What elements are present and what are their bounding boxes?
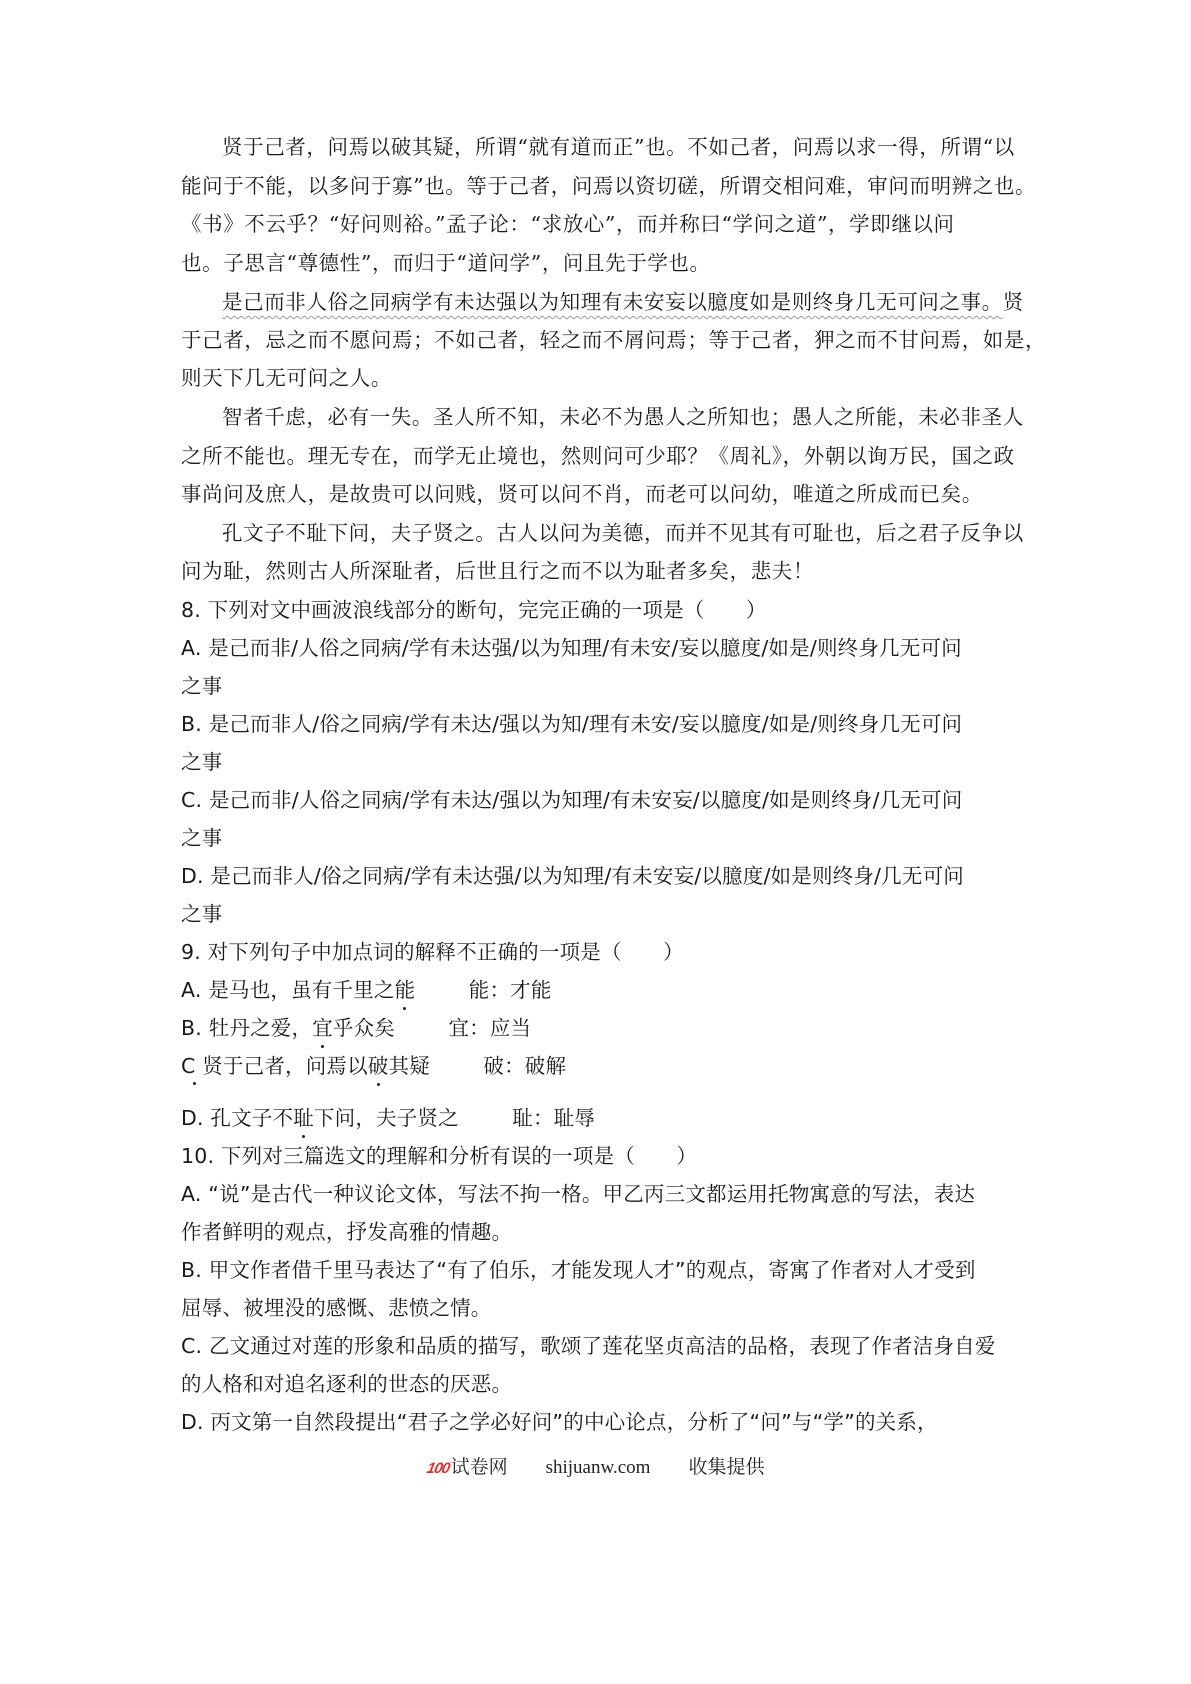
question-8-option-c: C. 是己而非/人俗之同病/学有未达/强以为知理/有未安妄/以臆度/如是则终身/… [181,786,1011,814]
question-8-option-a: A. 是己而非/人俗之同病/学有未达强/以为知理/有未安/妄以臆度/如是/则终身… [181,634,1011,662]
question-9-option-c: C 贤于己者，问焉以破其疑 破：破解 [181,1052,1011,1080]
site-domain: shijuanw.com [546,1457,651,1478]
question-10-option-c: C. 乙文通过对莲的形象和品质的描写，歌颂了莲花坚贞高洁的品格，表现了作者洁身自… [181,1332,1011,1360]
option-text-post: 乎众矣 [333,1016,395,1040]
site-logo-icon: 100 [425,1460,451,1477]
question-8-option-d: D. 是己而非人/俗之同病/学有未达强/以为知理/有未安妄/以臆度/如是则终身/… [181,862,1011,890]
question-9-option-b: B. 牡丹之爱，宜乎众矣 宜：应当 [181,1014,1011,1042]
question-8-option-b: B. 是己而非人/俗之同病/学有未达/强以为知/理有未安/妄以臆度/如是/则终身… [181,710,1011,738]
question-10-option-a-cont: 作者鲜明的观点，抒发高雅的情趣。 [181,1218,1011,1246]
question-10-stem: 10. 下列对三篇选文的理解和分析有误的一项是（ ） [181,1142,1011,1170]
question-8-option-c-cont: 之事 [181,824,1011,852]
question-9-stem: 9. 对下列句子中加点词的解释不正确的一项是（ ） [181,938,1011,966]
option-text-post: 下问，夫子贤之 [314,1106,459,1130]
option-label: A. [181,978,202,1002]
dotted-word: 耻 [293,1104,314,1132]
option-text: 牡丹之爱， [209,1016,313,1040]
dotted-word: 宜 [312,1014,333,1042]
passage-p1-line-4: 也。子思言“尊德性”，而归于“道问学”，问且先于学也。 [181,249,1011,277]
site-name: 试卷网 [451,1457,508,1478]
stray-emphasis-dot [193,1082,196,1085]
option-gloss: 耻：耻辱 [512,1106,595,1130]
exam-page: 贤于己者，问焉以破其疑，所谓“就有道而正”也。不如己者，问焉以求一得，所谓“以 … [0,0,1191,1684]
question-10-option-b: B. 甲文作者借千里马表达了“有了伯乐，才能发现人才”的观点，寄寓了作者对人才受… [181,1256,1011,1284]
passage-p3-line-2: 之所不能也。理无专在，而学无止境也，然则问可少耶？《周礼》，外朝以询万民，国之政 [181,442,1011,470]
passage-p1-line-1: 贤于己者，问焉以破其疑，所谓“就有道而正”也。不如己者，问焉以求一得，所谓“以 [222,133,1052,161]
question-8-option-d-cont: 之事 [181,900,1011,928]
passage-p4-line-1: 孔文子不耻下问，夫子贤之。古人以问为美德，而并不见其有可耻也，后之君子反争以 [222,519,1052,547]
option-text: 是马也，虽有千里之 [208,978,394,1002]
option-gloss: 破：破解 [483,1054,566,1078]
option-gloss: 能：才能 [469,978,552,1002]
question-8-option-a-cont: 之事 [181,672,1011,700]
footer-note: 收集提供 [688,1457,764,1478]
passage-p2-line-1: 是己而非人俗之同病学有未达强以为知理有未安妄以臆度如是则终身几无可问之事。贤 [222,288,1052,316]
passage-p3-line-3: 事尚问及庶人，是故贵可以问贱，贤可以问不肖，而老可以问幼，唯道之所成而已矣。 [181,480,1011,508]
question-10-option-d: D. 丙文第一自然段提出“君子之学必好问”的中心论点，分析了“问”与“学”的关系… [181,1408,1011,1436]
option-text-post: 其疑 [389,1054,430,1078]
passage-p4-line-2: 问为耻，然则古人所深耻者，后世且行之而不以为耻者多矣，悲夫！ [181,557,1011,585]
question-8-option-b-cont: 之事 [181,748,1011,776]
wavy-underlined-sentence: 是己而非人俗之同病学有未达强以为知理有未安妄以臆度如是则终身几无可问之事。 [222,290,1003,314]
option-text: 孔文子不 [210,1106,293,1130]
option-label: C [181,1054,196,1078]
passage-p2-line-2: 于己者，忌之而不愿问焉；不如己者，轻之而不屑问焉；等于己者，狎之而不甘问焉，如是… [181,326,1011,354]
passage-p2-tail: 贤 [1003,290,1024,314]
passage-p1-line-3: 《书》不云乎？“好问则裕。”孟子论：“求放心”，而并称曰“学问之道”，学即继以问 [181,210,1011,238]
passage-p2-line-3: 则天下几无可问之人。 [181,364,1011,392]
question-10-option-a: A. “说”是古代一种议论文体，写法不拘一格。甲乙丙三文都运用托物寓意的写法，表… [181,1180,1011,1208]
page-footer: 100试卷网shijuanw.com收集提供 [0,1452,1191,1479]
dotted-word: 能 [395,976,416,1004]
option-label: B. [181,1016,202,1040]
dotted-word: 破 [368,1052,389,1080]
passage-p3-line-1: 智者千虑，必有一失。圣人所不知，未必不为愚人之所知也；愚人之所能，未必非圣人 [222,403,1052,431]
option-label: D. [181,1106,204,1130]
question-8-stem: 8. 下列对文中画波浪线部分的断句，完完正确的一项是（ ） [181,596,1011,624]
question-9-option-a: A. 是马也，虽有千里之能 能：才能 [181,976,1011,1004]
question-10-option-c-cont: 的人格和对追名逐利的世态的厌恶。 [181,1370,1011,1398]
option-gloss: 宜：应当 [448,1016,531,1040]
passage-p1-line-2: 能问于不能，以多问于寡”也。等于己者，问焉以资切磋，所谓交相问难，审问而明辨之也… [181,172,1011,200]
question-9-option-d: D. 孔文子不耻下问，夫子贤之 耻：耻辱 [181,1104,1011,1132]
question-10-option-b-cont: 屈辱、被埋没的感慨、悲愤之情。 [181,1294,1011,1322]
option-text: 贤于己者，问焉以 [202,1054,368,1078]
